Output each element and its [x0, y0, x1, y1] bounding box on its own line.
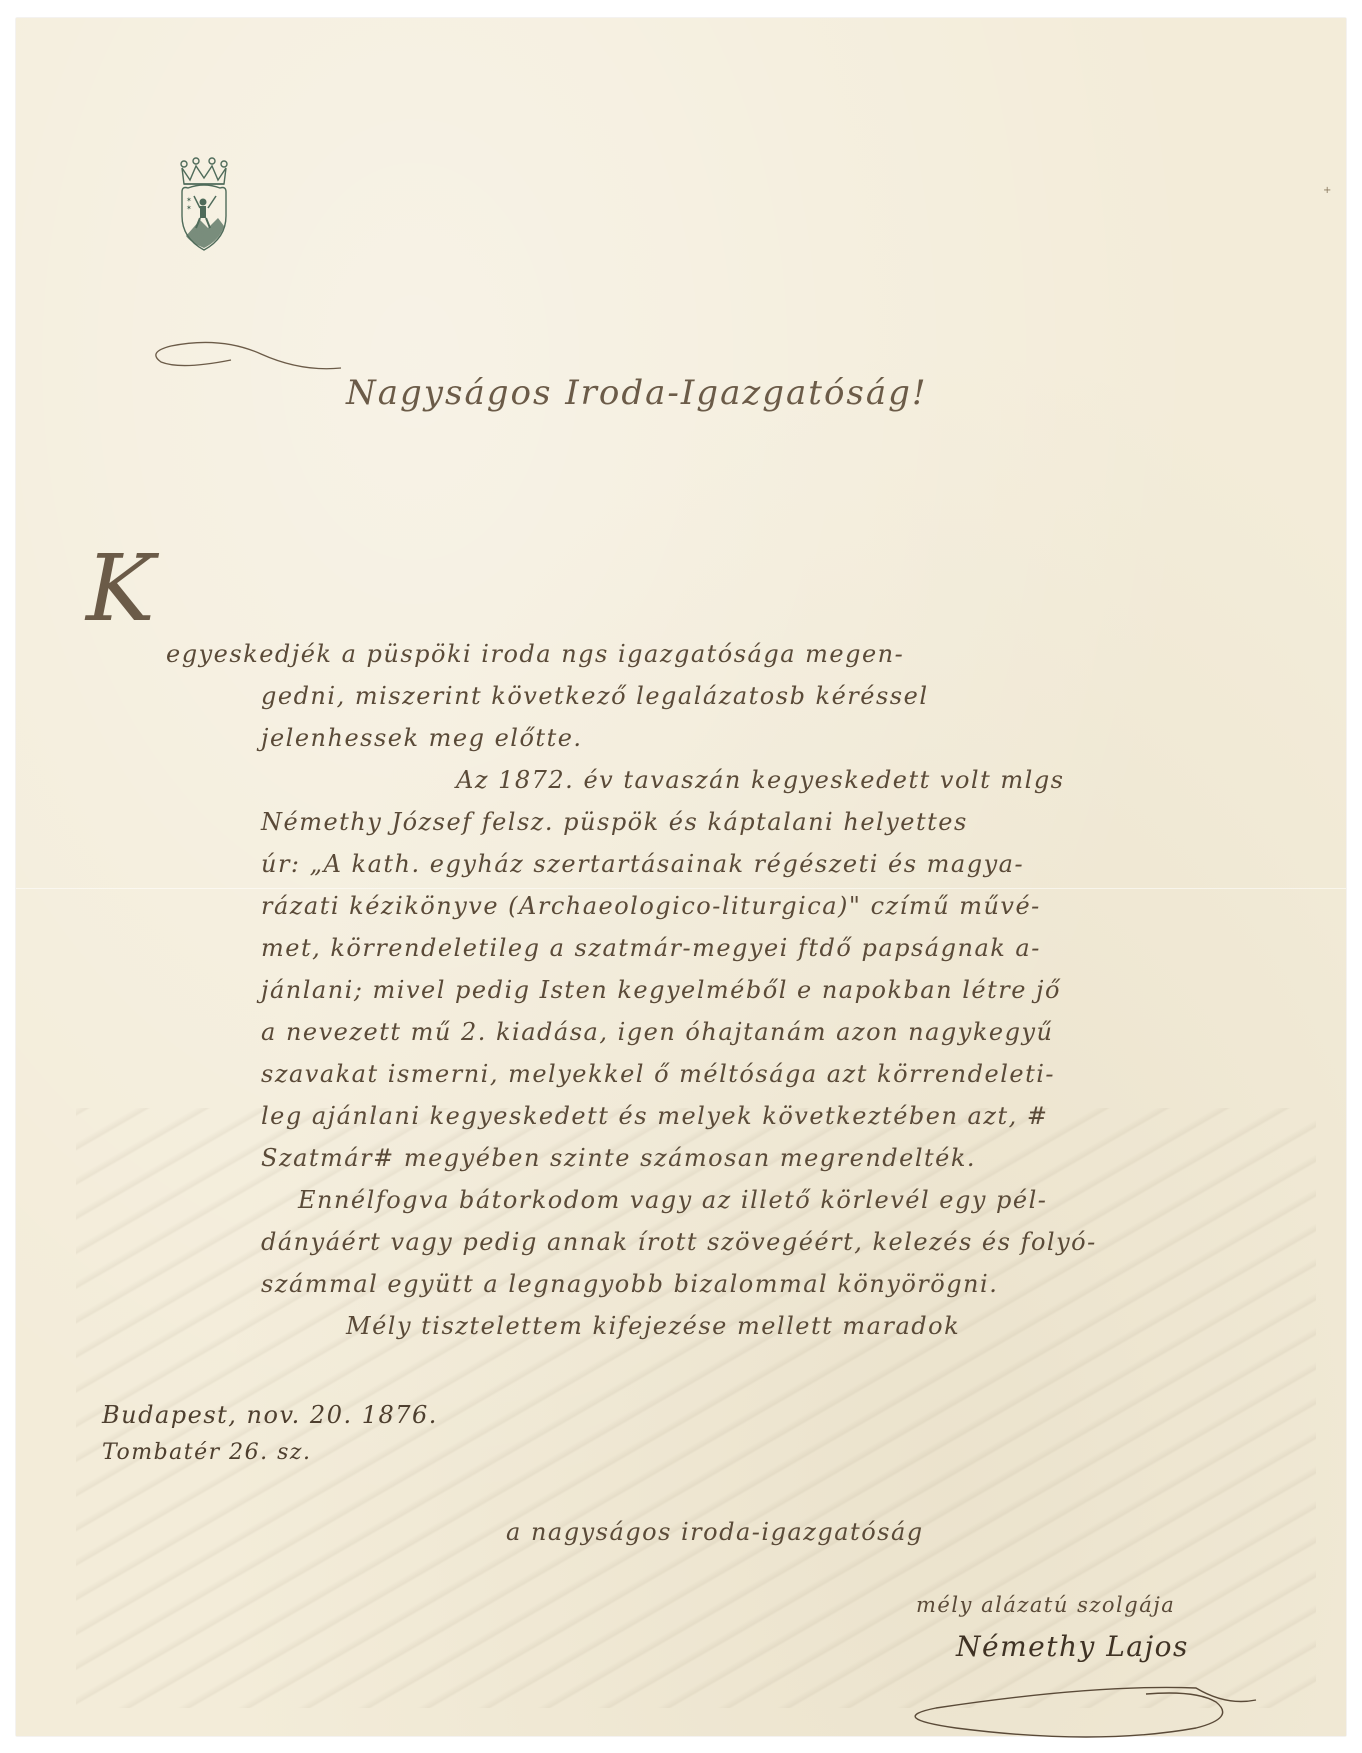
salutation-flourish	[151, 338, 351, 378]
body-line: Ennélfogva bátorkodom vagy az illető kör…	[298, 1186, 1047, 1214]
body-line: egyeskedjék a püspöki iroda ngs igazgató…	[166, 640, 904, 668]
coat-of-arms-icon: ✶ ✶	[174, 156, 234, 254]
body-line: gedni, miszerint következő legalázatosb …	[261, 682, 929, 710]
body-line: Szatmár# megyében szinte számosan megren…	[261, 1144, 976, 1172]
signature-flourish	[896, 1658, 1276, 1748]
closing-line: mély alázatú szolgája	[916, 1593, 1175, 1617]
svg-text:✶: ✶	[186, 196, 192, 204]
body-line: számmal együtt a legnagyobb bizalommal k…	[261, 1270, 998, 1298]
body-line: dányáért vagy pedig annak írott szövegéé…	[261, 1228, 1097, 1256]
closing-line: a nagyságos iroda-igazgatóság	[506, 1518, 924, 1546]
svg-text:✶: ✶	[186, 204, 192, 212]
body-line: szavakat ismerni, melyekkel ő méltósága …	[261, 1060, 1055, 1088]
salutation: Nagyságos Iroda-Igazgatóság!	[346, 373, 928, 413]
body-line: úr: „A kath. egyház szertartásainak régé…	[261, 850, 1024, 878]
fold-crease	[16, 888, 1346, 889]
decorative-initial: K	[86, 543, 155, 635]
body-line: jelenhessek meg előtte.	[261, 724, 583, 752]
body-line: Mély tisztelettem kifejezése mellett mar…	[346, 1312, 960, 1340]
body-line: met, körrendeletileg a szatmár-megyei ft…	[261, 934, 1041, 962]
body-line: Némethy József felsz. püspök és káptalan…	[261, 808, 968, 836]
body-line: leg ajánlani kegyeskedett és melyek köve…	[261, 1102, 1049, 1130]
body-line: rázati kézikönyve (Archaeologico-liturgi…	[261, 892, 1041, 920]
body-line: jánlani; mivel pedig Isten kegyelméből e…	[261, 976, 1061, 1004]
letter-paper: ✶ ✶ + Nagyságos Iroda-Igazgatóság! K egy…	[16, 18, 1346, 1736]
sender-address: Tombatér 26. sz.	[102, 1440, 312, 1465]
margin-mark: +	[1323, 185, 1331, 196]
body-line: Az 1872. év tavaszán kegyeskedett volt m…	[456, 766, 1065, 794]
place-and-date: Budapest, nov. 20. 1876.	[102, 1401, 438, 1429]
body-line: a nevezett mű 2. kiadása, igen óhajtanám…	[261, 1018, 1053, 1046]
